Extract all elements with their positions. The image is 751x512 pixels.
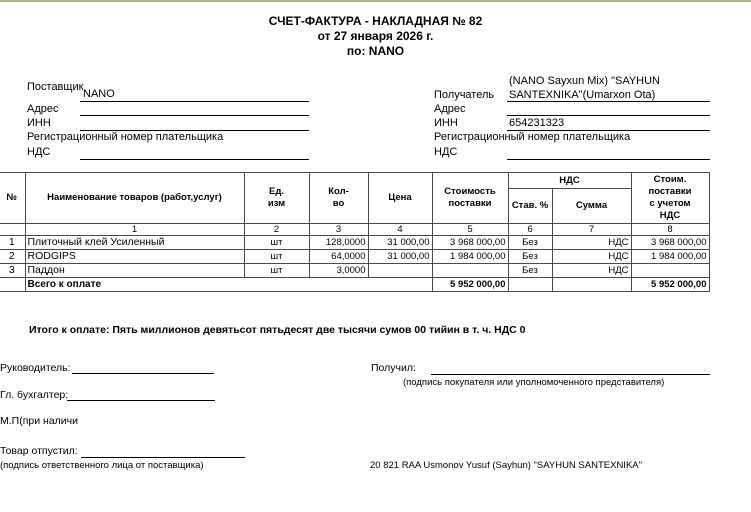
document-title: СЧЕТ-ФАКТУРА - НАКЛАДНАЯ № 82 [0,14,751,28]
row-no: 2 [0,250,25,264]
colnum-6: 6 [508,224,552,236]
supplier-address-line [80,115,309,116]
row-total [631,264,709,278]
total-cost: 5 952 000,00 [432,278,508,292]
header-qty: Кол-во [309,173,368,224]
released-label: Товар отпустил: [0,445,78,457]
window-top-border [0,0,751,2]
header-unit: Ед.изм [244,173,309,224]
row-nds-sum: НДС [552,264,631,278]
director-signature-line [72,373,214,374]
total-row: Всего к оплате 5 952 000,00 5 952 000,00 [0,278,709,292]
row-no: 1 [0,236,25,250]
table-row: 2 RODGIPS шт 64,0000 31 000,00 1 984 000… [0,250,709,264]
header-nds-sum: Сумма [552,189,631,224]
document-by: по: NANO [0,44,751,58]
total-label: Всего к оплате [25,278,432,292]
header-cost: Стоимостьпоставки [432,173,508,224]
row-price: 31 000,00 [368,236,432,250]
total-with-nds: 5 952 000,00 [631,278,709,292]
row-nds-sum: НДС [552,236,631,250]
row-nds-sum: НДС [552,250,631,264]
row-cost [432,264,508,278]
colnum-5: 5 [432,224,508,236]
recipient-value-line1: (NANO Sayxun Mix) "SAYHUN [509,75,660,87]
header-total: Стоим.поставкис учетомНДС [631,173,709,224]
received-caption: (подпись покупателя или уполномоченного … [403,377,664,388]
row-name: Паддон [25,264,244,278]
row-unit: шт [244,264,309,278]
header-name: Наименование товаров (работ,услуг) [25,173,244,224]
recipient-inn-label: ИНН [434,117,458,129]
total-nds-rate [508,278,552,292]
supplier-address-label: Адрес [27,103,59,115]
recipient-label: Получатель [434,89,494,101]
released-caption: (подпись ответственного лица от поставщи… [0,460,204,471]
recipient-nds-label: НДС [434,146,457,158]
supplier-inn-label: ИНН [27,117,51,129]
header-nds-rate: Став. % [508,189,552,224]
row-no: 3 [0,264,25,278]
colnum-blank [0,224,25,236]
row-qty: 3,0000 [309,264,368,278]
header-no: № [0,173,25,224]
accountant-label: Гл. бухгалтер: [0,389,68,401]
stamp-label: М.П(при наличи [0,415,82,427]
recipient-reg-label: Регистрационный номер плательщика [434,131,630,143]
row-qty: 128,0000 [309,236,368,250]
header-nds: НДС [508,173,631,189]
total-in-words: Итого к оплате: Пять миллионов девятьсот… [29,324,526,336]
director-label: Руководитель: [0,362,71,374]
row-name: Плиточный клей Усиленный [25,236,244,250]
released-signature-line [81,457,245,458]
recipient-address-line [507,115,710,116]
received-label: Получил: [371,362,416,374]
row-price [368,264,432,278]
total-nds-sum [552,278,631,292]
row-nds-rate: Без [508,236,552,250]
table-row: 3 Паддон шт 3,0000 Без НДС [0,264,709,278]
footer-note: 20 821 RAA Usmonov Yusuf (Sayhun) "SAYHU… [370,460,642,471]
row-price: 31 000,00 [368,250,432,264]
row-total: 1 984 000,00 [631,250,709,264]
recipient-inn-value: 654231323 [509,117,564,129]
supplier-value: NANO [83,88,115,100]
column-number-row: 1 2 3 4 5 6 7 8 [0,224,709,236]
colnum-1: 1 [25,224,244,236]
table-header-row: № Наименование товаров (работ,услуг) Ед.… [0,173,709,189]
invoice-table: № Наименование товаров (работ,услуг) Ед.… [0,172,710,292]
recipient-address-label: Адрес [434,103,466,115]
colnum-3: 3 [309,224,368,236]
supplier-nds-label: НДС [27,146,50,158]
recipient-nds-line [507,159,710,160]
recipient-line [507,101,710,102]
supplier-nds-line [80,159,309,160]
row-total: 3 968 000,00 [631,236,709,250]
row-unit: шт [244,250,309,264]
colnum-8: 8 [631,224,709,236]
colnum-4: 4 [368,224,432,236]
recipient-value-line2: SANTEXNIKA"(Umarxon Ota) [509,89,655,101]
total-blank [0,278,25,292]
received-signature-line [431,374,710,375]
row-cost: 1 984 000,00 [432,250,508,264]
row-cost: 3 968 000,00 [432,236,508,250]
row-nds-rate: Без [508,250,552,264]
supplier-line [80,101,309,102]
accountant-signature-line [67,400,215,401]
row-name: RODGIPS [25,250,244,264]
document-date: от 27 января 2026 г. [0,29,751,43]
colnum-2: 2 [244,224,309,236]
colnum-7: 7 [552,224,631,236]
supplier-label: Поставщик [27,81,83,93]
row-nds-rate: Без [508,264,552,278]
supplier-reg-label: Регистрационный номер плательщика [27,131,223,143]
row-unit: шт [244,236,309,250]
header-price: Цена [368,173,432,224]
row-qty: 64,0000 [309,250,368,264]
table-row: 1 Плиточный клей Усиленный шт 128,0000 3… [0,236,709,250]
